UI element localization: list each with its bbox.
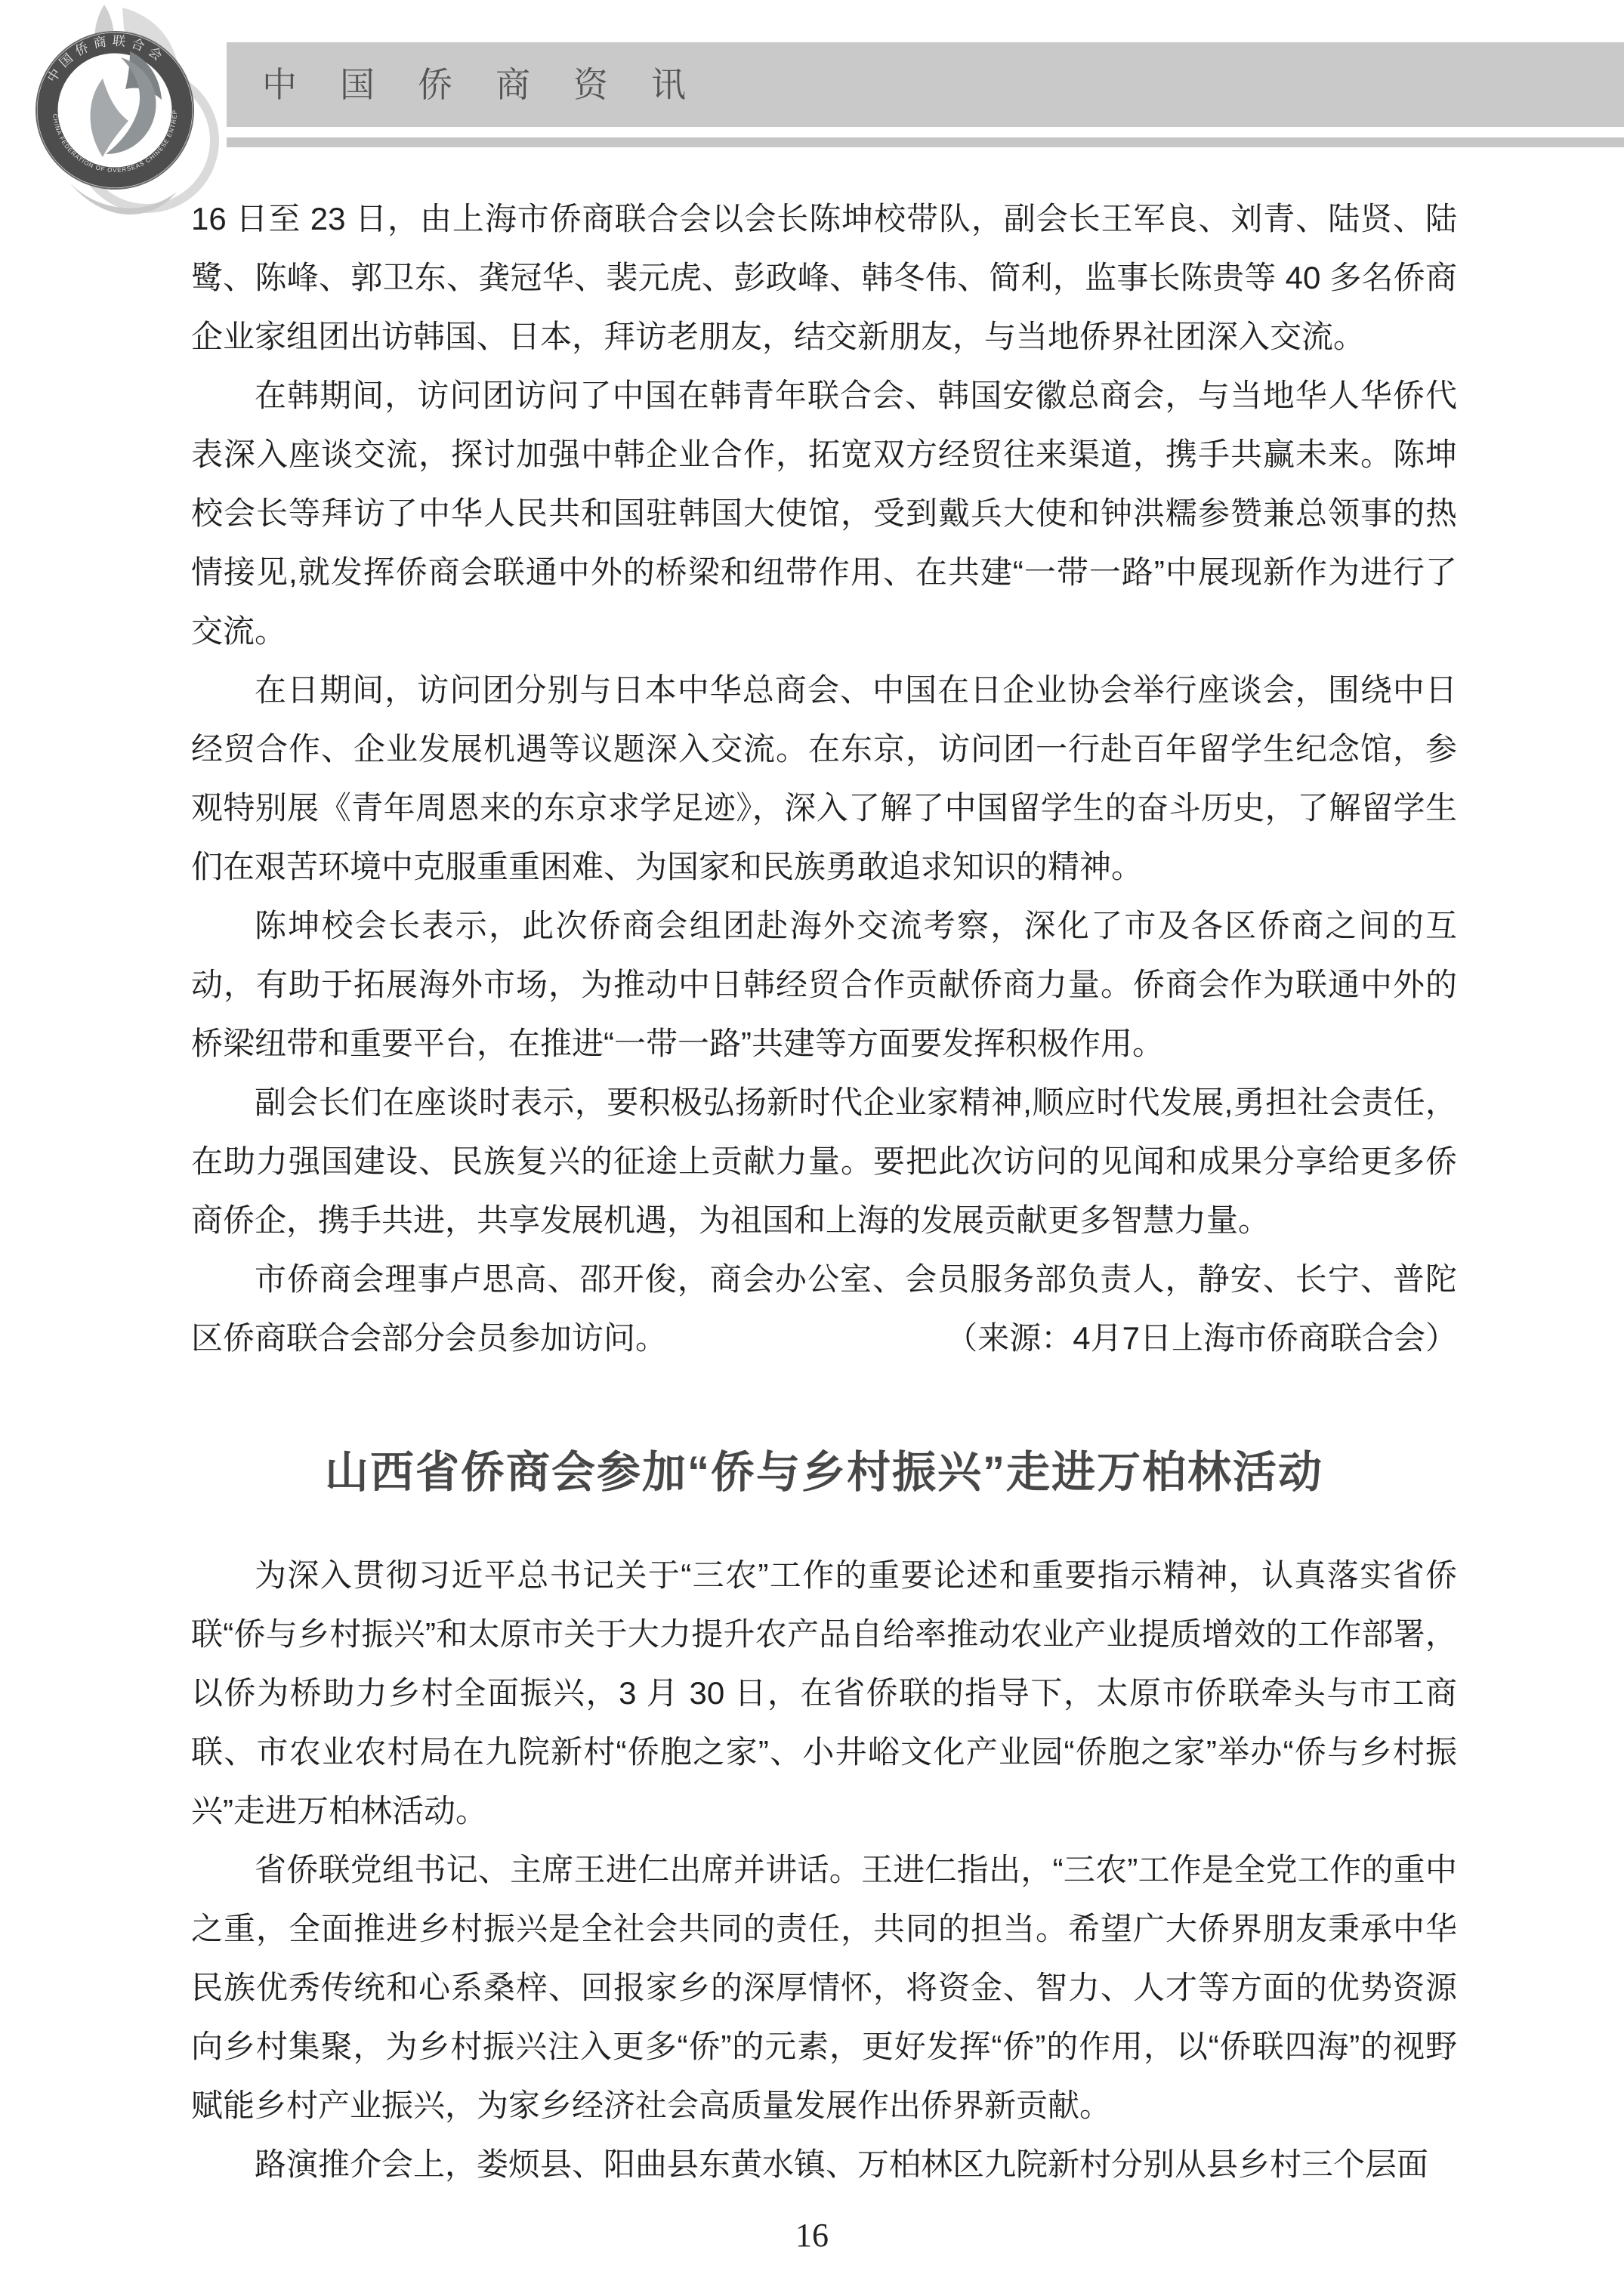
paragraph: 陈坤校会长表示，此次侨商会组团赴海外交流考察，深化了市及各区侨商之间的互动，有助… <box>191 897 1457 1073</box>
document-page: 中国侨商资讯 中国侨商联合会 CHINA FEDERATION OF OVERS… <box>0 0 1624 2293</box>
paragraph: 路演推介会上，娄烦县、阳曲县东黄水镇、万柏林区九院新村分别从县乡村三个层面 <box>191 2135 1457 2194</box>
masthead-bar: 中国侨商资讯 <box>227 42 1624 127</box>
article-area: 16 日至 23 日，由上海市侨商联合会以会长陈坤校带队，副会长王军良、刘青、陆… <box>191 190 1457 2194</box>
paragraph: 为深入贯彻习近平总书记关于“三农”工作的重要论述和重要指示精神，认真落实省侨联“… <box>191 1546 1457 1841</box>
paragraph: 在日期间，访问团分别与日本中华总商会、中国在日企业协会举行座谈会，围绕中日经贸合… <box>191 661 1457 897</box>
paragraph: 省侨联党组书记、主席王进仁出席并讲话。王进仁指出，“三农”工作是全党工作的重中之… <box>191 1841 1457 2135</box>
article-title: 山西省侨商会参加“侨与乡村振兴”走进万柏林活动 <box>191 1442 1457 1504</box>
page-number: 16 <box>0 2216 1624 2254</box>
paragraph: 16 日至 23 日，由上海市侨商联合会以会长陈坤校带队，副会长王军良、刘青、陆… <box>191 190 1457 366</box>
masthead-rule <box>227 137 1624 147</box>
paragraph: 副会长们在座谈时表示，要积极弘扬新时代企业家精神,顺应时代发展,勇担社会责任，在… <box>191 1073 1457 1250</box>
federation-logo: 中国侨商联合会 CHINA FEDERATION OF OVERSEAS CHI… <box>30 5 219 218</box>
masthead-title: 中国侨商资讯 <box>262 42 729 127</box>
paragraph-with-source: 市侨商会理事卢思高、邵开俊，商会办公室、会员服务部负责人，静安、长宁、普陀区侨商… <box>191 1250 1457 1368</box>
article-shanxi-rural-revitalization: 为深入贯彻习近平总书记关于“三农”工作的重要论述和重要指示精神，认真落实省侨联“… <box>191 1546 1457 2194</box>
article-shanghai-delegation: 16 日至 23 日，由上海市侨商联合会以会长陈坤校带队，副会长王军良、刘青、陆… <box>191 190 1457 1368</box>
paragraph: 在韩期间，访问团访问了中国在韩青年联合会、韩国安徽总商会，与当地华人华侨代表深入… <box>191 366 1457 661</box>
source-note: （来源：4月7日上海市侨商联合会） <box>946 1309 1457 1368</box>
